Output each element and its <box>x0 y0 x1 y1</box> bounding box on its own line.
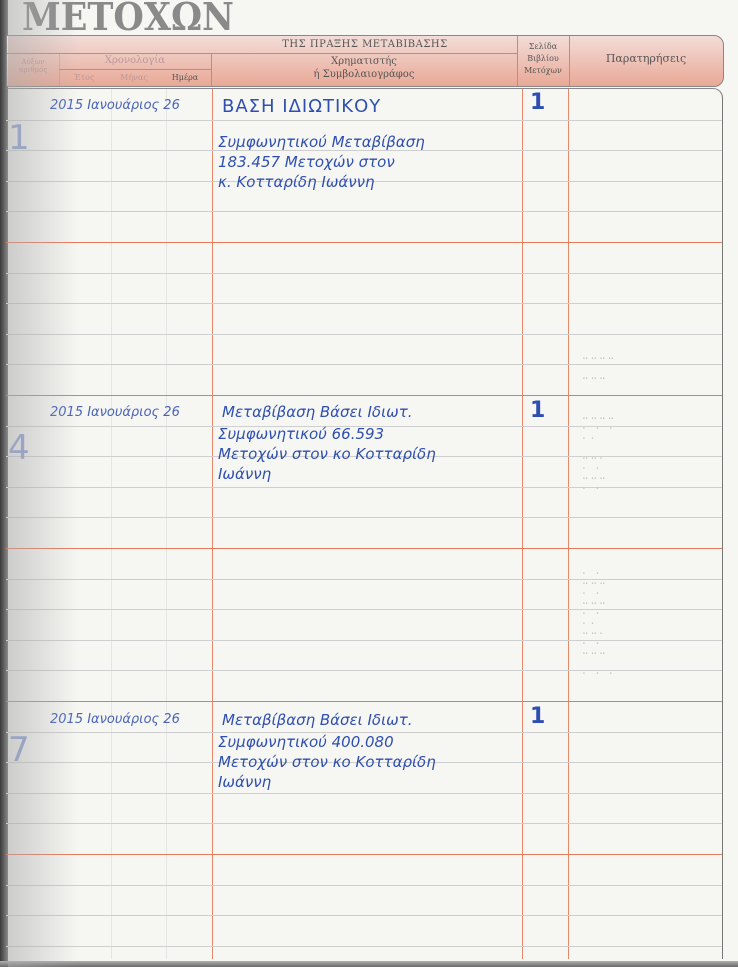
entry-description-line: Συμφωνητικού 400.080 <box>218 732 394 752</box>
ledger-header: ΤΗΣ ΠΡΑΞΗΣ ΜΕΤΑΒΙΒΑΣΗΣ Αύξων αριθμός Χρο… <box>6 35 724 87</box>
entry-date: 2015 Ιανουάριος 26 <box>50 405 180 420</box>
entry-description-line: Μεταβίβαση Βάσει Ιδιωτ. <box>222 710 413 730</box>
entry-separator-line <box>6 548 722 549</box>
col-broker-header-2: ή Συμβολαιογράφος <box>211 69 517 80</box>
entry-description-line: Ιωάννη <box>218 464 271 484</box>
emboss-marks: ⠒⠒⠒⠒⠂ ⠂ ⠂⠂⠂⠒⠒⠂⠂ ⠂⠒⠒⠒⠂ ⠂ <box>582 415 618 495</box>
entry-description-line: Μεταβίβαση Βάσει Ιδιωτ. <box>222 402 413 422</box>
entry-description-line: Μετοχών στον κο Κοτταρίδη <box>218 444 436 464</box>
entry-separator-line <box>6 395 722 396</box>
page-title: ΜΕΤΟΧΩΝ <box>22 0 234 39</box>
col-number-header: Αύξων αριθμός <box>7 58 59 74</box>
ruled-line <box>6 885 722 886</box>
col-remarks-header: Παρατηρήσεις <box>569 52 723 65</box>
entry-number: 4 <box>8 428 30 468</box>
entry-page: 1 <box>530 704 545 729</box>
entry-separator-line <box>6 242 722 243</box>
ruled-line <box>6 517 722 518</box>
emboss-marks: ⠂ ⠂⠒⠒⠒⠂ ⠂⠒⠒⠒⠂ ⠂⠂⠂⠒⠒⠂⠂ ⠂⠒⠒⠒⠂ ⠂ ⠂ <box>582 570 618 680</box>
ruled-line <box>6 273 722 274</box>
entry-description-line: Μετοχών στον κο Κοτταρίδη <box>218 752 436 772</box>
col-page-header-2: Βιβλίου <box>517 54 569 63</box>
ruled-line <box>6 303 722 304</box>
ruled-line <box>6 793 722 794</box>
ruled-line <box>6 334 722 335</box>
col-day-header: Ημέρα <box>159 73 211 82</box>
col-month-header: Μήνας <box>109 73 159 82</box>
entry-separator-line <box>6 701 722 702</box>
entry-number: 1 <box>8 118 30 158</box>
col-broker-header-1: Χρηματιστής <box>211 56 517 67</box>
ruled-line <box>6 120 722 121</box>
ruled-line <box>6 946 722 947</box>
entry-date: 2015 Ιανουάριος 26 <box>50 712 180 727</box>
entry-description-line: κ. Κοτταρίδη Ιωάννη <box>218 172 375 192</box>
entry-separator-line <box>6 854 722 855</box>
ledger-grid <box>6 88 723 959</box>
col-page-header-3: Μετόχων <box>517 66 569 75</box>
section-title: ΤΗΣ ΠΡΑΞΗΣ ΜΕΤΑΒΙΒΑΣΗΣ <box>7 39 723 50</box>
entry-date: 2015 Ιανουάριος 26 <box>50 98 180 113</box>
entry-page: 1 <box>530 398 545 423</box>
ruled-line <box>6 211 722 212</box>
entry-description-line: Συμφωνητικού Μεταβίβαση <box>218 132 425 152</box>
emboss-marks: ⠒⠒⠒⠒⠒⠒⠒ <box>582 355 616 385</box>
col-chronology-header: Χρονολογία <box>59 55 211 66</box>
ruled-line <box>6 915 722 916</box>
entry-description-line: 183.457 Μετοχών στον <box>218 152 395 172</box>
col-year-header: Έτος <box>59 73 109 82</box>
entry-description-line: Ιωάννη <box>218 772 271 792</box>
ruled-line <box>6 823 722 824</box>
entry-page: 1 <box>530 90 545 115</box>
entry-description-line: ΒΑΣΗ ΙΔΙΩΤΙΚΟΥ <box>222 96 381 117</box>
entry-number: 7 <box>8 730 30 770</box>
scan-bottom-shadow <box>0 961 738 967</box>
entry-description-line: Συμφωνητικού 66.593 <box>218 424 384 444</box>
col-page-header-1: Σελίδα <box>517 42 569 51</box>
